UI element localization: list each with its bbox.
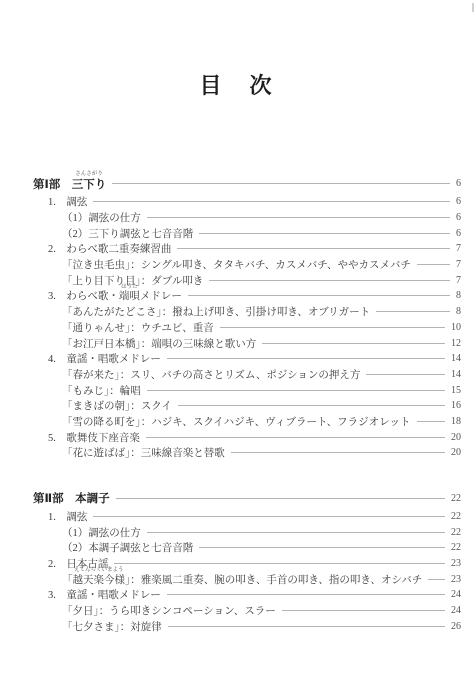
toc-entry: 「あんたがたどこさ」：撥ね上げ叩き、引掛け叩き、オブリガート8 [33, 304, 461, 320]
page-number: 22 [451, 542, 461, 553]
ruby-base: 端唄はうた [119, 288, 140, 303]
page-number: 24 [451, 589, 461, 600]
page-number: 7 [456, 243, 461, 254]
dot-leader [376, 311, 450, 312]
toc-entry: 「夕日」：うら叩きシンコペーション、スラー24 [33, 603, 461, 619]
toc-entry: 4. 童謡・唱歌メドレー14 [33, 351, 461, 367]
toc-entry: （2）三下り調弦と七音音階6 [33, 225, 461, 241]
toc-entry-label: 3. 童謡・唱歌メドレー [48, 587, 161, 602]
toc-entry-label: 「あんたがたどこさ」：撥ね上げ叩き、引掛け叩き、オブリガート [62, 304, 370, 319]
dot-leader [146, 437, 445, 438]
toc-entry-label: 「お江戸日本橋」：端唄の三味線と歌い方 [62, 336, 256, 351]
page-number: 6 [456, 228, 461, 239]
toc-entry-label: 「越天楽今様えてんらくいまよう」：雅楽風二重奏、腕の叩き、手首の叩き、指の叩き、… [62, 572, 422, 587]
dot-leader [199, 547, 445, 548]
page-number: 22 [451, 511, 461, 522]
dot-leader [116, 498, 445, 499]
toc-entry-label: 「花に遊ばば」：三味線音楽と替歌 [62, 445, 225, 460]
page-number: 16 [451, 400, 461, 411]
dot-leader [167, 594, 445, 595]
toc-entry-label: 「もみじ」：輪唱 [62, 383, 141, 398]
furigana: はうた [121, 282, 138, 290]
page-number: 26 [451, 621, 461, 632]
toc-entry: 2. わらべ歌二重奏練習曲7 [33, 241, 461, 257]
dot-leader [282, 610, 445, 611]
dot-leader [188, 295, 450, 296]
page-number: 20 [451, 447, 461, 458]
toc-entry: 「上り目下り目」：ダブル叩き7 [33, 272, 461, 288]
toc-entry: 「越天楽今様えてんらくいまよう」：雅楽風二重奏、腕の叩き、手首の叩き、指の叩き、… [33, 571, 461, 587]
page-number: 6 [456, 212, 461, 223]
toc-entry-label: （1）調弦の仕方 [62, 525, 141, 540]
toc-entry-label: 5. 歌舞伎下座音楽 [48, 430, 140, 445]
toc-entry-label: 「泣き虫毛虫」：シングル叩き、タタキバチ、カスメバチ、ややカスメバチ [62, 257, 411, 272]
page-number: 15 [451, 385, 461, 396]
toc-entry-label: 「夕日」：うら叩きシンコペーション、スラー [62, 603, 276, 618]
toc-entry: 1. 調弦6 [33, 194, 461, 210]
page-number: 14 [451, 353, 461, 364]
toc-part-header: 第Ⅱ部 本調子22 [33, 485, 461, 509]
dot-leader [147, 390, 445, 391]
toc-entry: 「まきばの朝」：スクイ16 [33, 398, 461, 414]
toc-entry-label: 4. 童謡・唱歌メドレー [48, 351, 161, 366]
document-page: 目 次 第Ⅰ部 三下りさんさがり61. 調弦6（1）調弦の仕方6（2）三下り調弦… [0, 0, 474, 700]
dot-leader [417, 264, 450, 265]
page-number: 6 [456, 178, 461, 189]
toc-entry-label: 「春が来た」：スリ、バチの高さとリズム、ポジションの押え方 [62, 367, 360, 382]
toc-entry: （1）調弦の仕方6 [33, 210, 461, 226]
dot-leader [178, 405, 445, 406]
page-number: 24 [451, 605, 461, 616]
page-number: 12 [451, 338, 461, 349]
page-number: 23 [451, 558, 461, 569]
toc-entry-label: 3. わらべ歌・端唄はうたメドレー [48, 288, 182, 303]
dot-leader [167, 358, 445, 359]
dot-leader [93, 201, 450, 202]
dot-leader [114, 563, 445, 564]
dot-leader [209, 280, 450, 281]
toc-entry: 「春が来た」：スリ、バチの高さとリズム、ポジションの押え方14 [33, 367, 461, 383]
page-number: 20 [451, 432, 461, 443]
page-number: 22 [451, 527, 461, 538]
page-number: 18 [451, 416, 461, 427]
toc-entry: （1）調弦の仕方22 [33, 524, 461, 540]
toc-section: 第Ⅱ部 本調子221. 調弦22（1）調弦の仕方22（2）本調子調弦と七音音階2… [33, 485, 461, 635]
toc-entry: 「七夕さま」：対旋律26 [33, 619, 461, 635]
page-title: 目 次 [0, 69, 474, 100]
dot-leader [417, 421, 446, 422]
page-number: 22 [451, 493, 461, 504]
page-number: 14 [451, 369, 461, 380]
toc-part-header: 第Ⅰ部 三下りさんさがり6 [33, 170, 461, 194]
page-number: 10 [451, 322, 461, 333]
page-number: 8 [456, 290, 461, 301]
dot-leader [366, 374, 445, 375]
page-number: 6 [456, 196, 461, 207]
toc-entry: 3. わらべ歌・端唄はうたメドレー8 [33, 288, 461, 304]
dot-leader [199, 233, 450, 234]
table-of-contents: 第Ⅰ部 三下りさんさがり61. 調弦6（1）調弦の仕方6（2）三下り調弦と七音音… [33, 170, 461, 634]
toc-entry: 「泣き虫毛虫」：シングル叩き、タタキバチ、カスメバチ、ややカスメバチ7 [33, 257, 461, 273]
dot-leader [262, 343, 445, 344]
toc-entry-label: 「まきばの朝」：スクイ [62, 398, 172, 413]
toc-entry-label: 2. わらべ歌二重奏練習曲 [48, 241, 171, 256]
toc-entry: 3. 童謡・唱歌メドレー24 [33, 587, 461, 603]
toc-entry-label: （2）三下り調弦と七音音階 [62, 226, 193, 241]
furigana: さんさがり [75, 169, 103, 177]
furigana: えてんらくいまよう [74, 565, 124, 573]
toc-entry: 「もみじ」：輪唱15 [33, 382, 461, 398]
toc-entry: 「雪の降る町を」：ハジキ、スクイハジキ、ヴィブラート、フラジオレット18 [33, 414, 461, 430]
page-number: 23 [451, 574, 461, 585]
toc-entry: 「通りゃんせ」：ウチユビ、重音10 [33, 320, 461, 336]
dot-leader [112, 183, 450, 184]
dot-leader [168, 626, 445, 627]
dot-leader [428, 579, 445, 580]
dot-leader [220, 327, 445, 328]
toc-entry-label: 第Ⅰ部 三下りさんさがり [33, 176, 106, 192]
toc-entry-label: 1. 調弦 [48, 509, 87, 524]
page-number: 7 [456, 275, 461, 286]
dot-leader [147, 532, 445, 533]
toc-section: 第Ⅰ部 三下りさんさがり61. 調弦6（1）調弦の仕方6（2）三下り調弦と七音音… [33, 170, 461, 461]
toc-entry-label: 第Ⅱ部 本調子 [33, 490, 110, 506]
page-number: 8 [456, 306, 461, 317]
toc-entry-label: 1. 調弦 [48, 194, 87, 209]
dot-leader [231, 452, 445, 453]
toc-entry: 「お江戸日本橋」：端唄の三味線と歌い方12 [33, 335, 461, 351]
toc-entry-label: 「雪の降る町を」：ハジキ、スクイハジキ、ヴィブラート、フラジオレット [62, 414, 411, 429]
page-number: 7 [456, 259, 461, 270]
dot-leader [147, 217, 450, 218]
toc-entry-label: 「通りゃんせ」：ウチユビ、重音 [62, 320, 214, 335]
ruby-base: 越天楽今様えてんらくいまよう [73, 572, 126, 587]
toc-entry-label: （2）本調子調弦と七音音階 [62, 540, 193, 555]
dot-leader [93, 516, 445, 517]
dot-leader [177, 248, 450, 249]
ruby-base: 三下りさんさがり [72, 176, 107, 192]
toc-entry: 5. 歌舞伎下座音楽20 [33, 429, 461, 445]
toc-entry: 1. 調弦22 [33, 509, 461, 525]
toc-entry: 「花に遊ばば」：三味線音楽と替歌20 [33, 445, 461, 461]
toc-entry-label: （1）調弦の仕方 [62, 210, 141, 225]
toc-entry-label: 「七夕さま」：対旋律 [62, 619, 162, 634]
toc-entry: （2）本調子調弦と七音音階22 [33, 540, 461, 556]
